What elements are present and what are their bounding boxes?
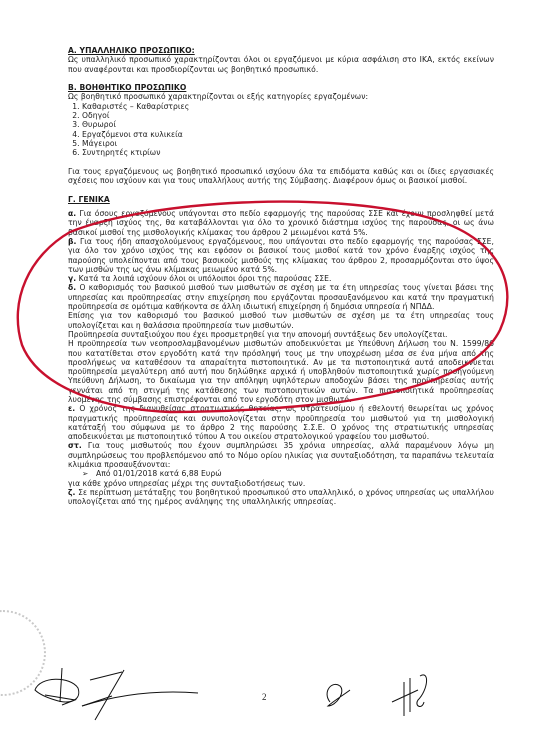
annotation-layer bbox=[0, 0, 536, 750]
page-number: 2 bbox=[262, 692, 267, 702]
signature-right bbox=[392, 675, 427, 716]
red-ellipse-annotation bbox=[18, 202, 508, 412]
signature-middle bbox=[327, 684, 350, 706]
document-page: Α. ΥΠΑΛΛΗΛΙΚΟ ΠΡΟΣΩΠΙΚΟ: Ως υπαλληλικό π… bbox=[0, 0, 536, 750]
signature-left bbox=[35, 668, 198, 720]
